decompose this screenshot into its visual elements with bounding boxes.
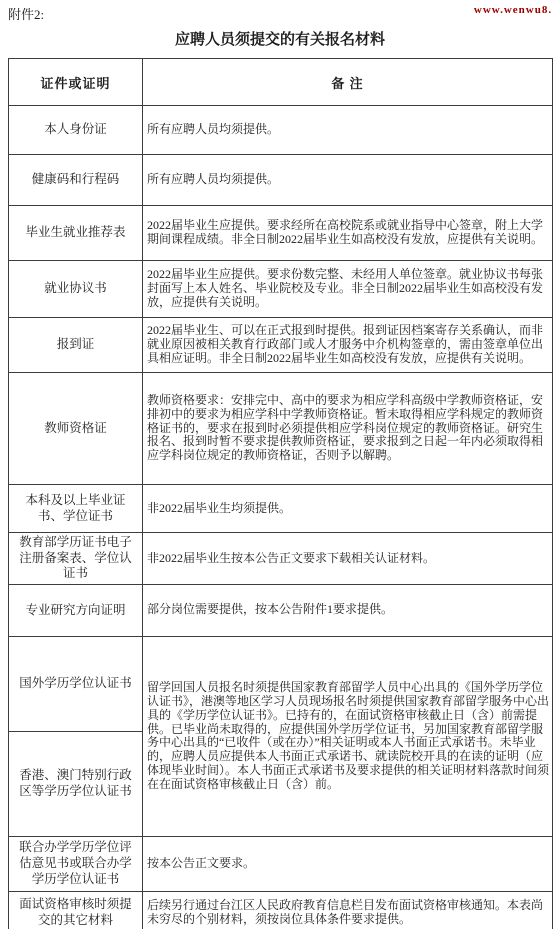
remark-cell: 后续另行通过台江区人民政府教育信息栏目发布面试资格审核通知。本表尚未穷尽的个别材…: [143, 891, 553, 929]
table-row: 国外学历学位认证书留学回国人员报名时须提供国家教育部留学人员中心出具的《国外学历…: [9, 636, 553, 731]
material-label-cell: 专业研究方向证明: [9, 584, 143, 636]
table-body: 本人身份证所有应聘人员均须提供。健康码和行程码所有应聘人员均须提供。毕业生就业推…: [9, 106, 553, 929]
table-row: 教师资格证教师资格要求：安排完中、高中的要求为相应学科高级中学教师资格证，安排初…: [9, 373, 553, 485]
table-row: 就业协议书2022届毕业生应提供。要求份数完整、未经用人单位签章。就业协议书每张…: [9, 261, 553, 318]
column-header-document: 证件或证明: [9, 59, 143, 106]
material-label-cell: 健康码和行程码: [9, 155, 143, 206]
remark-cell: 2022届毕业生应提供。要求份数完整、未经用人单位签章。就业协议书每张封面写上本…: [143, 261, 553, 318]
material-label-cell: 教师资格证: [9, 373, 143, 485]
material-label-cell: 国外学历学位认证书: [9, 636, 143, 731]
material-label-cell: 报到证: [9, 318, 143, 373]
material-label-cell: 本人身份证: [9, 106, 143, 155]
table-row: 健康码和行程码所有应聘人员均须提供。: [9, 155, 553, 206]
material-label-cell: 联合办学学历学位评估意见书或联合办学学历学位认证书: [9, 836, 143, 891]
table-row: 本人身份证所有应聘人员均须提供。: [9, 106, 553, 155]
remark-cell: 2022届毕业生、可以在正式报到时提供。报到证因档案寄存关系确认，而非就业原因被…: [143, 318, 553, 373]
remark-cell: 所有应聘人员均须提供。: [143, 106, 553, 155]
material-label-cell: 香港、澳门特别行政区等学历学位认证书: [9, 731, 143, 836]
remark-cell: 按本公告正文要求。: [143, 836, 553, 891]
material-label-cell: 就业协议书: [9, 261, 143, 318]
material-label-cell: 面试资格审核时须提交的其它材料: [9, 891, 143, 929]
remark-cell: 非2022届毕业生按本公告正文要求下载相关认证材料。: [143, 533, 553, 585]
table-row: 专业研究方向证明部分岗位需要提供，按本公告附件1要求提供。: [9, 584, 553, 636]
remark-cell: 部分岗位需要提供，按本公告附件1要求提供。: [143, 584, 553, 636]
table-row: 教育部学历证书电子注册备案表、学位认证书非2022届毕业生按本公告正文要求下载相…: [9, 533, 553, 585]
table-row: 面试资格审核时须提交的其它材料后续另行通过台江区人民政府教育信息栏目发布面试资格…: [9, 891, 553, 929]
table-row: 报到证2022届毕业生、可以在正式报到时提供。报到证因档案寄存关系确认，而非就业…: [9, 318, 553, 373]
table-row: 本科及以上毕业证书、学位证书非2022届毕业生均须提供。: [9, 485, 553, 533]
top-bar: 附件2: www.wenwu8.c: [8, 4, 552, 22]
table-header-row: 证件或证明 备 注: [9, 59, 553, 106]
table-row: 联合办学学历学位评估意见书或联合办学学历学位认证书按本公告正文要求。: [9, 836, 553, 891]
remark-cell: 2022届毕业生应提供。要求经所在高校院系或就业指导中心签章，附上大学期间课程成…: [143, 206, 553, 261]
document-page: 附件2: www.wenwu8.c 应聘人员须提交的有关报名材料 证件或证明 备…: [0, 0, 560, 929]
materials-table: 证件或证明 备 注 本人身份证所有应聘人员均须提供。健康码和行程码所有应聘人员均…: [8, 58, 553, 929]
remark-cell: 所有应聘人员均须提供。: [143, 155, 553, 206]
table-row: 毕业生就业推荐表2022届毕业生应提供。要求经所在高校院系或就业指导中心签章，附…: [9, 206, 553, 261]
remark-cell: 留学回国人员报名时须提供国家教育部留学人员中心出具的《国外学历学位认证书》，港澳…: [143, 636, 553, 836]
material-label-cell: 本科及以上毕业证书、学位证书: [9, 485, 143, 533]
page-title: 应聘人员须提交的有关报名材料: [8, 31, 552, 49]
watermark-url: www.wenwu8.c: [474, 4, 552, 16]
remark-cell: 教师资格要求：安排完中、高中的要求为相应学科高级中学教师资格证，安排初中的要求为…: [143, 373, 553, 485]
remark-cell: 非2022届毕业生均须提供。: [143, 485, 553, 533]
column-header-remark: 备 注: [143, 59, 553, 106]
attachment-label: 附件2:: [8, 4, 44, 22]
material-label-cell: 毕业生就业推荐表: [9, 206, 143, 261]
material-label-cell: 教育部学历证书电子注册备案表、学位认证书: [9, 533, 143, 585]
